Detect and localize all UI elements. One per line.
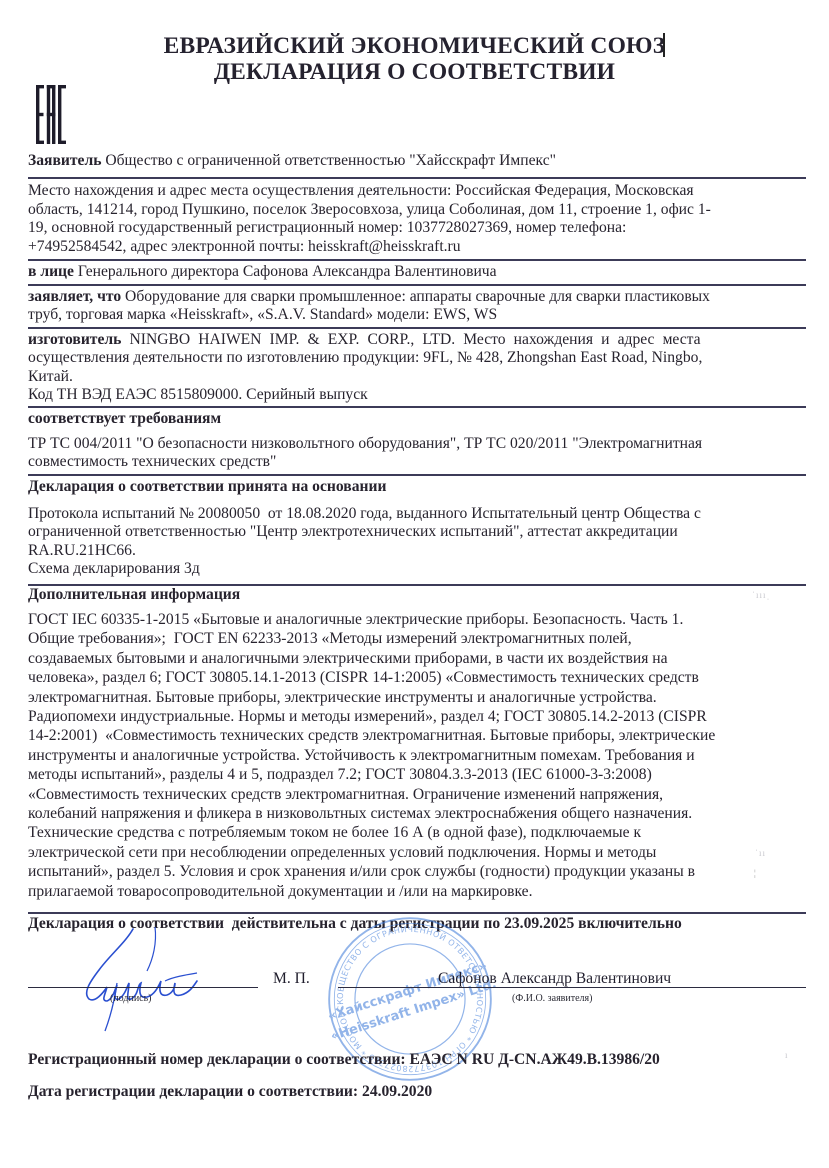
hs-code: Код ТН ВЭД ЕАЭС 8515809000. Серийный вып…: [28, 386, 806, 404]
signature-caption: (подпись): [110, 993, 152, 1004]
additional-line: ГОСТ IEC 60335-1-2015 «Бытовые и аналоги…: [28, 610, 806, 629]
represented-by-label: в лице: [28, 263, 74, 280]
document-title: ДЕКЛАРАЦИЯ О СООТВЕТСТВИИ: [0, 59, 829, 85]
represented-by-row: в лице Генерального директора Сафонова А…: [28, 263, 806, 281]
registration-number-value: ЕАЭС N RU Д-CN.АЖ49.В.13986/20: [410, 1051, 660, 1068]
text-cursor: [663, 33, 665, 57]
applicant-value: Общество с ограниченной ответственностью…: [101, 152, 556, 169]
divider: [28, 406, 806, 408]
requirements-block: ТР ТС 004/2011 "О безопасности низковоль…: [28, 435, 806, 472]
additional-heading: Дополнительная информация: [28, 586, 806, 604]
scan-artifact: ˈıııˌ: [752, 590, 771, 600]
declaration-page: ЕВРАЗИЙСКИЙ ЭКОНОМИЧЕСКИЙ СОЮЗ ДЕКЛАРАЦИ…: [0, 0, 829, 1168]
declares-label: заявляет, что: [28, 288, 121, 305]
manufacturer-line: Китай.: [28, 368, 806, 386]
additional-line: человека», раздел 6; ГОСТ 30805.14.1-201…: [28, 668, 806, 687]
registration-number-row: Регистрационный номер декларации о соотв…: [28, 1051, 806, 1069]
additional-line: Технические средства с потребляемым токо…: [28, 823, 806, 842]
registration-number-label: Регистрационный номер декларации о соотв…: [28, 1051, 410, 1068]
address-line: область, 141214, город Пушкино, поселок …: [28, 201, 806, 220]
scan-artifact: ˈıı: [755, 848, 766, 858]
basis-block: Протокола испытаний № 20080050 от 18.08.…: [28, 505, 806, 579]
signer-caption: (Ф.И.О. заявителя): [512, 993, 592, 1004]
additional-line: 14-2:2001) «Совместимость технических ср…: [28, 726, 806, 745]
additional-line: Общие требования»; ГОСТ EN 62233-2013 «М…: [28, 629, 806, 648]
address-line: +74952584542, адрес электронной почты: h…: [28, 238, 806, 257]
additional-line: Радиопомехи индустриальные. Нормы и мето…: [28, 707, 806, 726]
declaration-scheme: Схема декларирования 3д: [28, 560, 806, 578]
represented-by-value: Генерального директора Сафонова Александ…: [74, 263, 497, 280]
declares-line: Оборудование для сварки промышленное: ап…: [121, 288, 710, 305]
scan-artifact: ı: [785, 1050, 789, 1060]
declares-line: труб, торговая марка «Heisskraft», «S.A.…: [28, 306, 806, 324]
signature-line: [28, 987, 258, 988]
manufacturer-label: изготовитель: [28, 331, 121, 348]
address-block: Место нахождения и адрес места осуществл…: [28, 182, 806, 256]
basis-heading: Декларация о соответствии принята на осн…: [28, 478, 806, 496]
additional-line: создаваемых бытовыми и аналогичными элек…: [28, 649, 806, 668]
additional-line: электромагнитная. Бытовые приборы, элект…: [28, 688, 806, 707]
registration-date-value: 24.09.2020: [362, 1083, 432, 1100]
basis-line: ограниченной ответственностью "Центр эле…: [28, 523, 806, 541]
seal-placeholder-label: М. П.: [273, 970, 310, 988]
applicant-label: Заявитель: [28, 152, 101, 169]
requirements-line: совместимость технических средств": [28, 453, 806, 471]
registration-date-label: Дата регистрации декларации о соответств…: [28, 1083, 362, 1100]
additional-line: электрической сети при несоблюдении опре…: [28, 843, 806, 862]
manufacturer-line: NINGBO HAIWEN IMP. & EXP. CORP., LTD. Ме…: [121, 331, 700, 348]
address-line: 19, основной государственный регистрацио…: [28, 219, 806, 238]
additional-line: «Совместимость технических средств элект…: [28, 785, 806, 804]
divider: [28, 177, 806, 179]
basis-line: Протокола испытаний № 20080050 от 18.08.…: [28, 505, 806, 523]
divider: [28, 259, 806, 261]
manufacturer-line: осуществления деятельности по изготовлен…: [28, 349, 806, 367]
signature-scribble-icon: [55, 925, 215, 1035]
address-line: Место нахождения и адрес места осуществл…: [28, 182, 806, 201]
declares-block: заявляет, что Оборудование для сварки пр…: [28, 288, 806, 325]
signer-name: Сафонов Александр Валентинович: [438, 970, 671, 988]
scan-artifact: ¦: [754, 868, 757, 878]
registration-date-row: Дата регистрации декларации о соответств…: [28, 1083, 806, 1101]
additional-line: прилагаемой товаросопроводительной докум…: [28, 882, 806, 901]
additional-block: ГОСТ IEC 60335-1-2015 «Бытовые и аналоги…: [28, 610, 806, 901]
divider: [28, 284, 806, 286]
eac-logo-icon: [36, 85, 66, 144]
requirements-line: ТР ТС 004/2011 "О безопасности низковоль…: [28, 435, 806, 453]
union-title: ЕВРАЗИЙСКИЙ ЭКОНОМИЧЕСКИЙ СОЮЗ: [0, 33, 829, 59]
additional-line: методы испытаний», разделы 4 и 5, подраз…: [28, 765, 806, 784]
basis-line: RA.RU.21HC66.: [28, 542, 806, 560]
manufacturer-block: изготовитель NINGBO HAIWEN IMP. & EXP. C…: [28, 331, 806, 405]
requirements-heading: соответствует требованиям: [28, 410, 806, 428]
applicant-row: Заявитель Общество с ограниченной ответс…: [28, 152, 806, 170]
additional-line: инструменты и аналогичные устройства. Ус…: [28, 746, 806, 765]
additional-line: испытаний», раздел 5. Условия и срок хра…: [28, 862, 806, 881]
manufacturer-first-line: изготовитель NINGBO HAIWEN IMP. & EXP. C…: [28, 331, 806, 349]
divider: [28, 474, 806, 476]
divider: [28, 327, 806, 329]
additional-line: колебаний напряжения и фликера в низково…: [28, 804, 806, 823]
